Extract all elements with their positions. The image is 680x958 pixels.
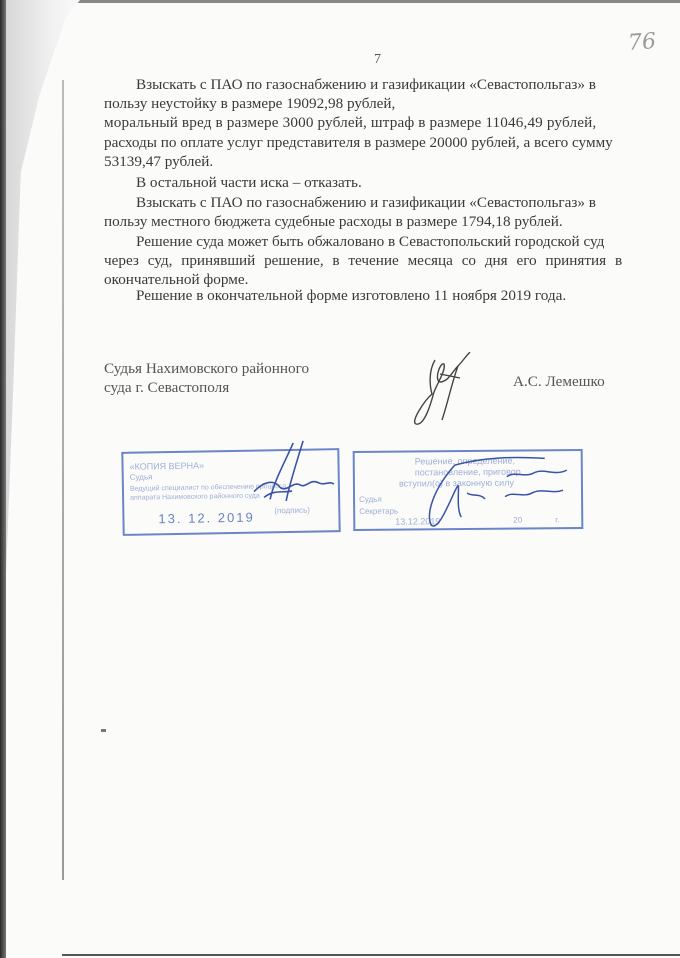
stamp-signature-icon (395, 456, 586, 533)
scan-bottom-edge (62, 954, 680, 956)
paragraph-dismissal: В остальной части иска – отказать. (104, 173, 652, 192)
text-line: Взыскать с ПАО по газоснабжению и газифи… (104, 75, 652, 94)
paragraph-award: Взыскать с ПАО по газоснабжению и газифи… (104, 75, 652, 171)
stamp-judge-label: Судья (359, 495, 382, 504)
paragraph-appeal: Решение суда может быть обжаловано в Сев… (104, 232, 652, 290)
judge-name: А.С. Лемешко (513, 373, 605, 391)
judge-signature-icon (400, 352, 490, 432)
judge-title-line2: суда г. Севастополя (104, 378, 309, 397)
page-curl (6, 0, 80, 958)
text-line: через суд, принявший решение, в течение … (104, 251, 652, 270)
text-line: пользу неустойку в размере 19092,98 рубл… (104, 94, 652, 113)
stamp-secretary-label: Секретарь (359, 507, 398, 516)
text-line: расходы по оплате услуг представителя в … (104, 133, 652, 152)
text-line: Решение в окончательной форме изготовлен… (104, 286, 652, 305)
page-number: 7 (374, 52, 381, 68)
stamp-signature-icon (233, 440, 344, 522)
text-line: Взыскать с ПАО по газоснабжению и газифи… (104, 193, 652, 212)
scan-artifact (101, 729, 106, 732)
text-line: В остальной части иска – отказать. (104, 173, 652, 192)
judge-title: Судья Нахимовского районного суда г. Сев… (104, 359, 309, 397)
scan-top-edge (0, 0, 680, 3)
text-line: моральный вред в размере 3000 рублей, шт… (104, 113, 652, 132)
stamp-line: Судья (130, 472, 153, 481)
stamp-copy-certified: «КОПИЯ ВЕРНА» Судья Ведущий специалист п… (121, 448, 340, 536)
paragraph-court-costs: Взыскать с ПАО по газоснабжению и газифи… (104, 193, 652, 231)
text-line: Решение суда может быть обжаловано в Сев… (104, 232, 652, 251)
stamp-header: «КОПИЯ ВЕРНА» (129, 460, 204, 471)
judge-title-line1: Судья Нахимовского районного (104, 359, 309, 378)
text-line: пользу местного бюджета судебные расходы… (104, 212, 652, 231)
stamp-entered-into-force: Решение, определение, постановление, при… (353, 449, 584, 531)
paragraph-final-form: Решение в окончательной форме изготовлен… (104, 286, 652, 305)
scan-left-edge (0, 0, 6, 958)
page-fold-line (62, 80, 64, 880)
text-line: 53139,47 рублей. (104, 152, 652, 171)
handwritten-sheet-number: 76 (627, 29, 657, 56)
